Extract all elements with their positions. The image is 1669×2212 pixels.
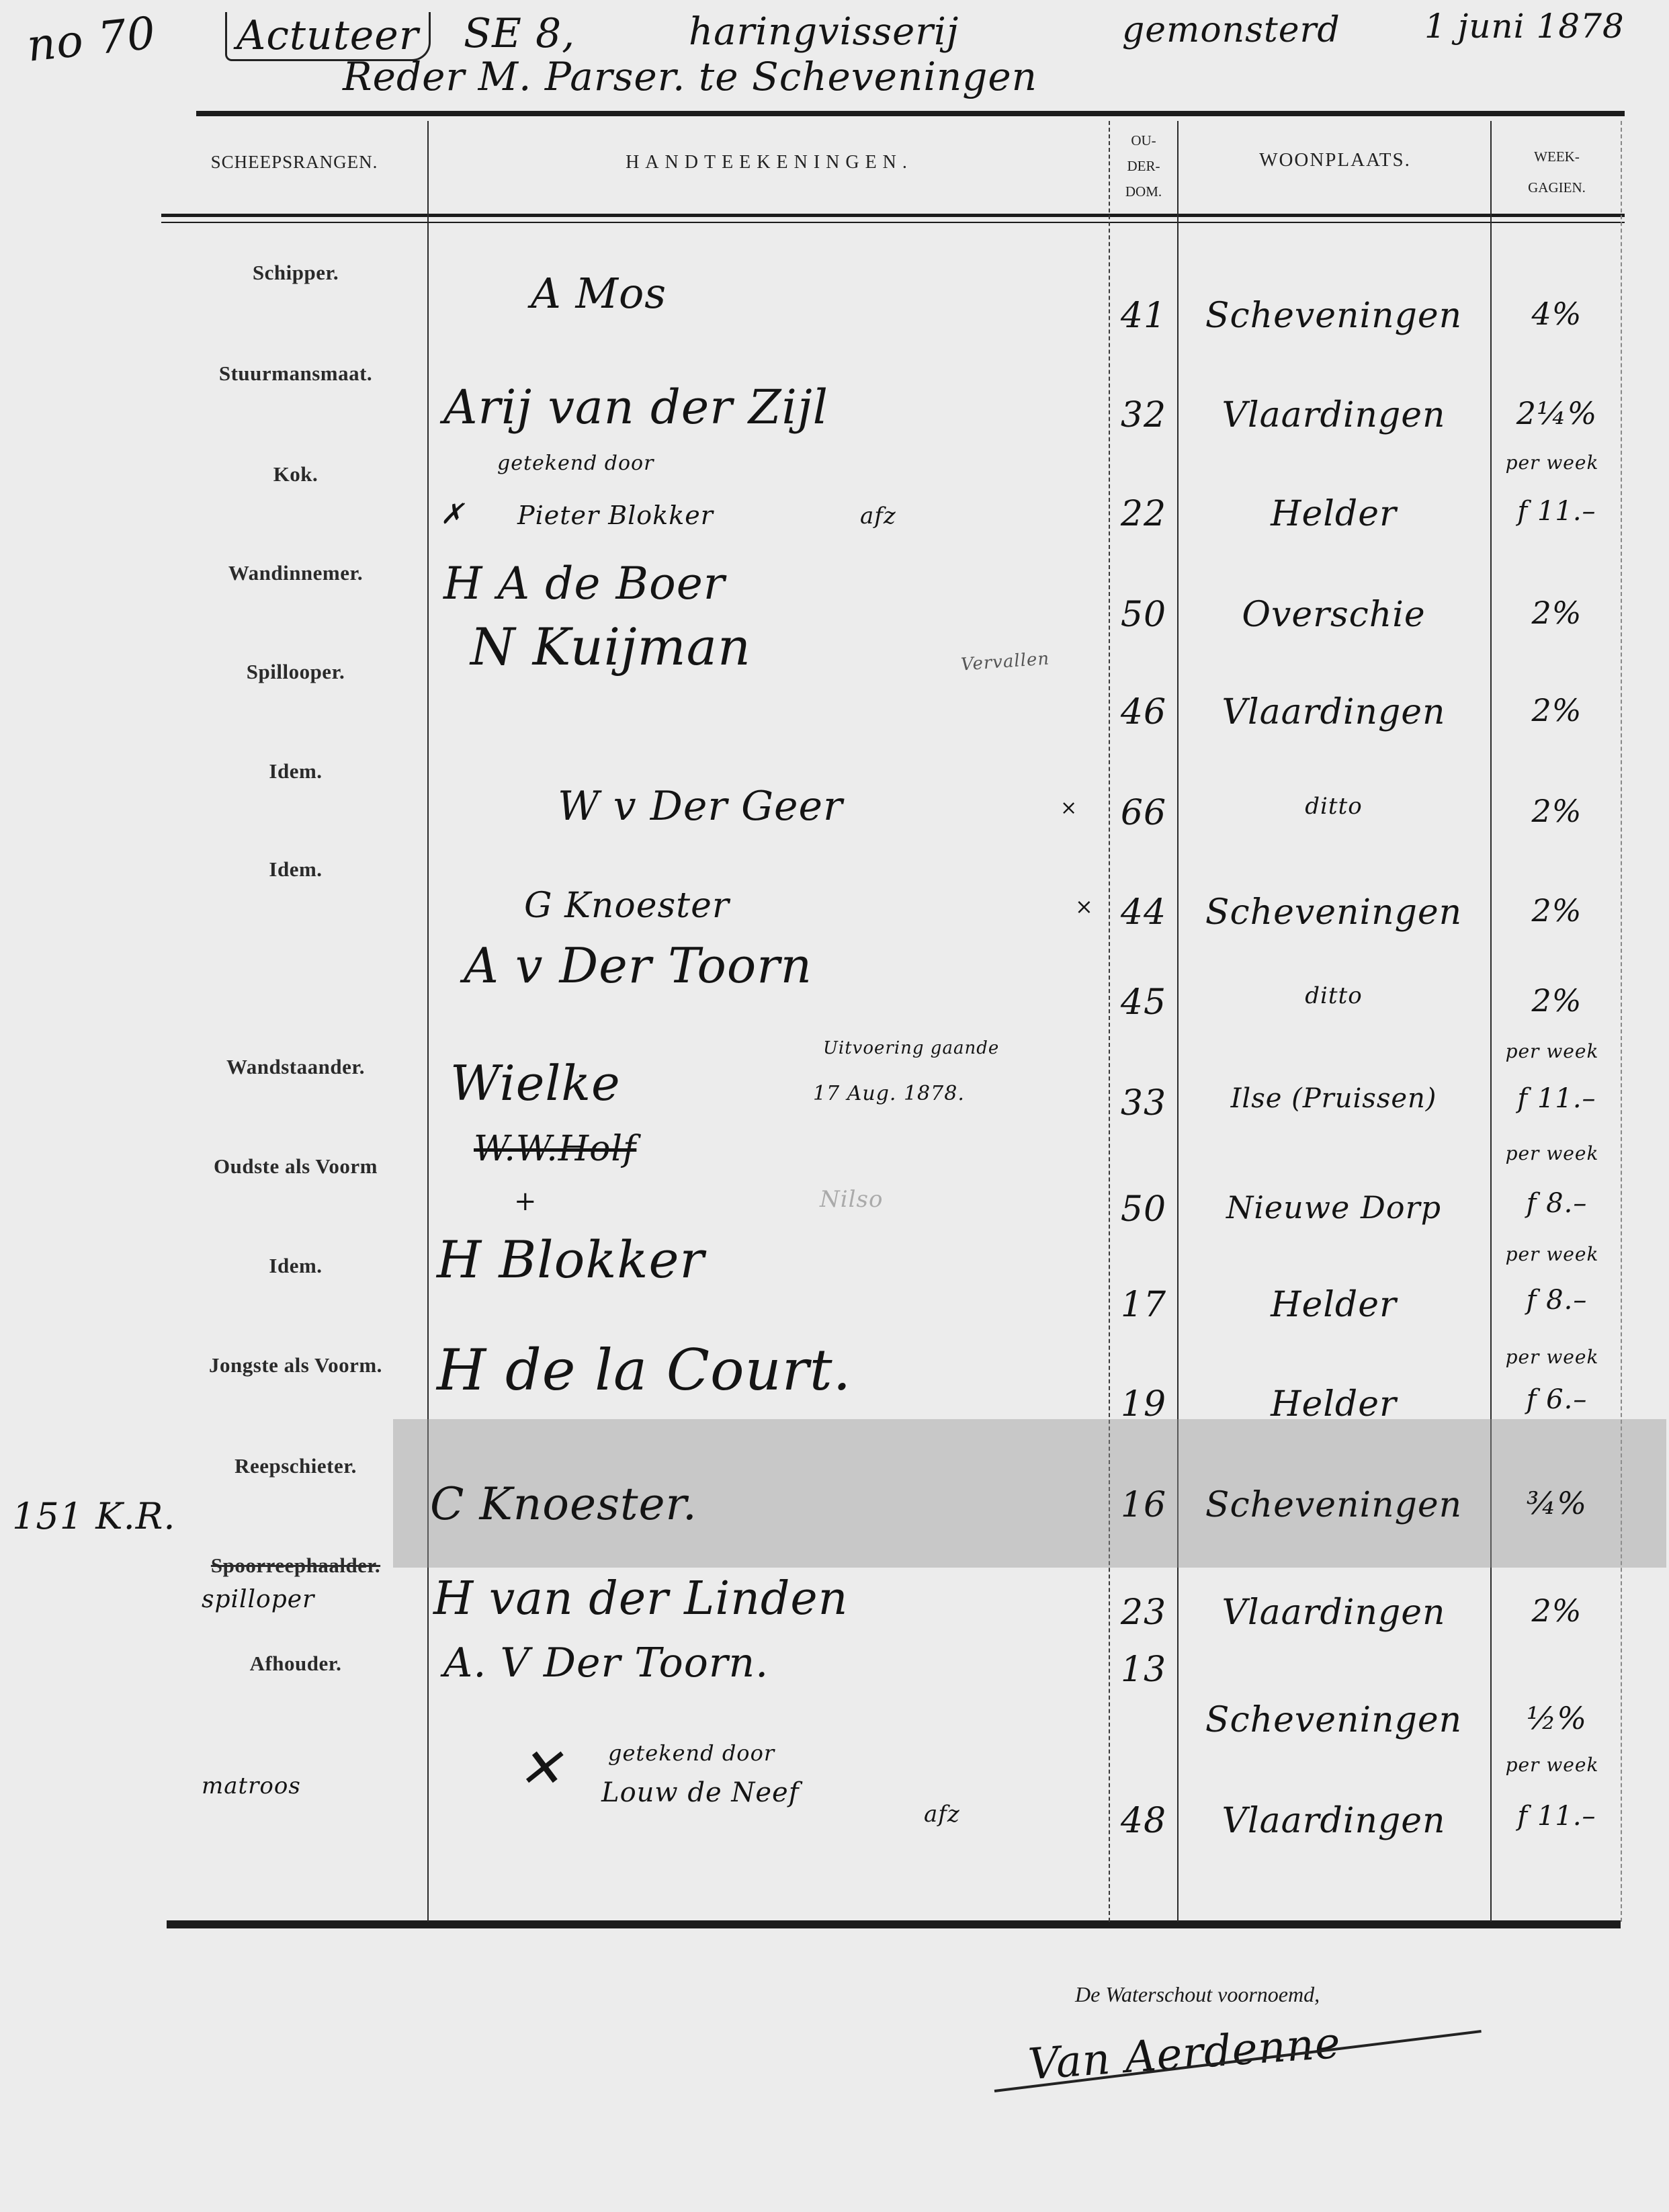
- crew-age: 17: [1110, 1285, 1177, 1325]
- muster-date: 1 juni 1878: [1424, 7, 1625, 46]
- rank-label: Jongste als Voorm.: [161, 1353, 430, 1377]
- table-bottom-rule: [167, 1920, 1621, 1928]
- rank-label: Kok.: [161, 462, 430, 486]
- signature-suffix: afz: [924, 1801, 960, 1828]
- col-header-wage: WEEK- GAGIEN.: [1493, 141, 1621, 203]
- crew-residence: Scheveningen: [1183, 892, 1485, 933]
- crew-residence: Overschie: [1183, 595, 1485, 635]
- crew-age: 33: [1110, 1083, 1177, 1123]
- crew-residence: Ilse (Pruissen): [1183, 1083, 1485, 1114]
- crew-residence: Vlaardingen: [1183, 692, 1485, 732]
- signature-proxy-note: getekend door: [497, 452, 654, 475]
- crew-wage: 2%: [1493, 1592, 1621, 1629]
- table-top-rule: [196, 111, 1625, 116]
- rank-label: Idem.: [161, 857, 430, 882]
- crew-signature: H A de Boer: [443, 558, 725, 609]
- margin-note: 151 K.R.: [12, 1495, 176, 1537]
- crew-age: 22: [1110, 494, 1177, 534]
- column-divider-wage: [1490, 121, 1492, 1922]
- header-bottom-rule-2: [161, 222, 1625, 223]
- mark-icon: ✗: [440, 497, 464, 530]
- mark-icon: ✕: [517, 1737, 563, 1799]
- side-note: Uitvoering gaande: [823, 1038, 999, 1058]
- crew-signature-struck: W.W.Holf: [474, 1129, 636, 1169]
- rank-label: Wandstaander.: [161, 1055, 430, 1079]
- crew-wage: 2%: [1493, 595, 1621, 631]
- crew-signature: H de la Court.: [437, 1337, 851, 1403]
- crew-residence: Helder: [1183, 494, 1485, 534]
- crew-signature: A. V Der Toorn.: [443, 1640, 769, 1687]
- crew-age: 46: [1110, 692, 1177, 732]
- crew-age: 16: [1110, 1485, 1177, 1525]
- crew-signature: N Kuijman: [470, 617, 751, 677]
- col-header-wage-2: GAGIEN.: [1493, 172, 1621, 203]
- crew-age: 50: [1110, 1189, 1177, 1230]
- col-header-signatures: HANDTEEKENINGEN.: [430, 152, 1109, 173]
- crew-age: 41: [1110, 296, 1177, 336]
- crew-wage: f 6.–: [1493, 1384, 1621, 1415]
- rank-label-struck: Spoorreephaalder.: [161, 1554, 430, 1578]
- wage-period-note: per week: [1485, 452, 1619, 474]
- col-header-rank: SCHEEPSRANGEN.: [161, 152, 427, 173]
- rank-label: Oudste als Voorm: [161, 1154, 430, 1179]
- crew-signature: Pieter Blokker: [517, 501, 714, 530]
- crew-residence: Vlaardingen: [1183, 1592, 1485, 1633]
- mark-icon: ×: [1060, 796, 1078, 820]
- crew-signature: G Knoester: [524, 886, 730, 926]
- rank-label: Afhouder.: [161, 1652, 430, 1676]
- rank-label: Idem.: [161, 1254, 430, 1278]
- fishery-type: haringvisserij: [689, 10, 959, 54]
- crew-age: 50: [1110, 595, 1177, 635]
- wage-period-note: per week: [1485, 1142, 1619, 1164]
- crew-wage: ½%: [1493, 1700, 1621, 1736]
- mark-icon: ×: [1075, 894, 1094, 919]
- rank-label: Schipper.: [161, 261, 430, 285]
- crew-residence: Scheveningen: [1183, 296, 1485, 336]
- crew-wage: f 11.–: [1493, 1083, 1621, 1114]
- column-divider-right: [1621, 121, 1622, 1922]
- crew-signature: Arij van der Zijl: [443, 380, 828, 435]
- crew-residence: Scheveningen: [1183, 1700, 1485, 1740]
- crew-residence: ditto: [1183, 982, 1485, 1009]
- crew-age: 45: [1110, 982, 1177, 1023]
- crew-wage: 2%: [1493, 982, 1621, 1019]
- crew-residence: Nieuwe Dorp: [1183, 1189, 1485, 1226]
- side-note: Vervallen: [960, 648, 1050, 675]
- crew-residence: Helder: [1183, 1384, 1485, 1424]
- col-header-age: OU- DER- DOM.: [1110, 128, 1177, 204]
- crew-wage: 4%: [1493, 296, 1621, 332]
- crew-signature: Louw de Neef: [601, 1777, 800, 1808]
- rank-label: Reepschieter.: [161, 1454, 430, 1478]
- col-header-residence: WOONPLAATS.: [1180, 149, 1490, 171]
- crew-wage: 2¼%: [1493, 395, 1621, 431]
- crew-wage: 2%: [1493, 892, 1621, 929]
- rank-label: Stuurmansmaat.: [161, 361, 430, 386]
- crew-signature: C Knoester.: [430, 1478, 697, 1530]
- crew-residence: Vlaardingen: [1183, 1801, 1485, 1841]
- wage-period-note: per week: [1485, 1346, 1619, 1368]
- vessel-code: SE 8,: [464, 10, 575, 57]
- crew-wage: 2%: [1493, 793, 1621, 829]
- crew-wage: f 8.–: [1493, 1285, 1621, 1316]
- rank-label: Spillooper.: [161, 660, 430, 684]
- owner-line: Reder M. Parser. te Scheveningen: [343, 54, 1037, 99]
- crew-residence: Scheveningen: [1183, 1485, 1485, 1525]
- crew-age: 32: [1110, 395, 1177, 435]
- column-divider-residence: [1177, 121, 1179, 1922]
- header-bottom-rule: [161, 214, 1625, 217]
- crew-age: 44: [1110, 892, 1177, 933]
- crew-age: 66: [1110, 793, 1177, 833]
- crew-signature: A Mos: [531, 269, 667, 318]
- col-header-age-2: DER-: [1110, 153, 1177, 179]
- col-header-age-3: DOM.: [1110, 179, 1177, 204]
- crew-residence: Helder: [1183, 1285, 1485, 1325]
- wage-period-note: per week: [1485, 1754, 1619, 1776]
- faint-note: Nilso: [820, 1186, 883, 1213]
- rank-label: Idem.: [161, 759, 430, 783]
- crew-wage: f 8.–: [1493, 1188, 1621, 1219]
- crew-signature: Wielke: [450, 1055, 621, 1111]
- crew-signature: A v Der Toorn: [464, 937, 812, 994]
- col-header-age-1: OU-: [1110, 128, 1177, 153]
- signature-suffix: afz: [860, 503, 896, 529]
- wage-period-note: per week: [1485, 1243, 1619, 1265]
- rank-label: Wandinnemer.: [161, 561, 430, 585]
- mark-icon: +: [514, 1186, 538, 1217]
- document-number: no 70: [25, 7, 159, 72]
- col-header-wage-1: WEEK-: [1493, 141, 1621, 172]
- crew-signature: H Blokker: [437, 1230, 705, 1289]
- side-note: 17 Aug. 1878.: [813, 1082, 965, 1105]
- crew-age: 23: [1110, 1592, 1177, 1633]
- crew-age: 13: [1110, 1650, 1177, 1690]
- crew-wage: f 11.–: [1493, 496, 1621, 527]
- wage-period-note: per week: [1485, 1040, 1619, 1062]
- crew-signature: W v Der Geer: [558, 783, 843, 830]
- crew-residence: Vlaardingen: [1183, 395, 1485, 435]
- crew-residence: ditto: [1183, 793, 1485, 820]
- crew-wage: 2%: [1493, 692, 1621, 728]
- crew-age: 48: [1110, 1801, 1177, 1841]
- rank-correction: spilloper: [202, 1586, 314, 1613]
- crew-age: 19: [1110, 1384, 1177, 1424]
- crew-wage: f 11.–: [1493, 1801, 1621, 1832]
- signature-proxy-note: getekend door: [608, 1740, 775, 1766]
- footer-caption: De Waterschout voornoemd,: [1075, 1982, 1320, 2007]
- crew-wage: ¾%: [1493, 1485, 1621, 1521]
- mustered-label: gemonsterd: [1122, 10, 1340, 50]
- crew-signature: H van der Linden: [433, 1572, 848, 1625]
- rank-label-handwritten: matroos: [202, 1773, 301, 1799]
